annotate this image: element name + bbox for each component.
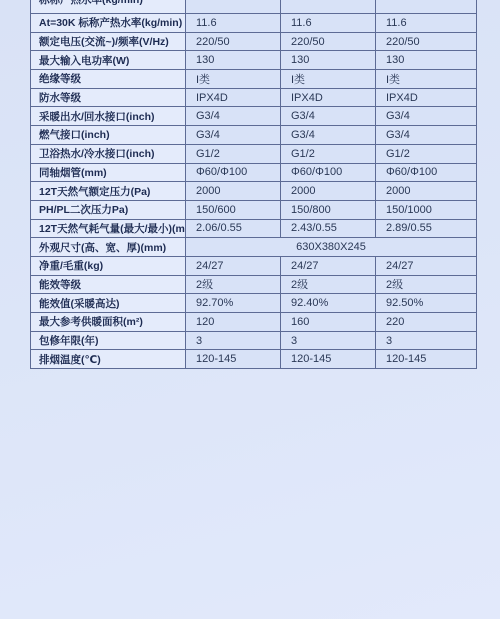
spec-value-cell: 3 [376,331,477,350]
spec-value-cell: I类 [186,70,281,89]
spec-value-cell: 92.70% [186,294,281,313]
table-row: 同轴烟管(mm)Φ60/Φ100Φ60/Φ100Φ60/Φ100 [31,163,477,182]
spec-label-cell: 最大输入电功率(W) [31,51,186,70]
spec-label-cell: 外观尺寸(高、宽、厚)(mm) [31,238,186,257]
spec-label-cell: 能效值(采暖高达) [31,294,186,313]
spec-value-cell: 11.6 [376,14,477,33]
spec-label-cell: 防水等级 [31,88,186,107]
spec-label-cell: 能效等级 [31,275,186,294]
table-row: 采暖出水/回水接口(inch)G3/4G3/4G3/4 [31,107,477,126]
spec-value-cell: 120-145 [281,350,376,369]
spec-value-cell: IPX4D [186,88,281,107]
spec-value-cell: 92.40% [281,294,376,313]
spec-label-cell: 卫浴热水/冷水接口(inch) [31,144,186,163]
spec-value-cell: Φ60/Φ100 [376,163,477,182]
spec-value-cell: G1/2 [186,144,281,163]
spec-value-cell: 220 [376,313,477,332]
spec-value-cell: 150/600 [186,200,281,219]
spec-value-cell: 92.50% [376,294,477,313]
table-row-partial: 标称产热水率(kg/min) [31,0,477,14]
spec-value-cell: 150/1000 [376,200,477,219]
spec-value-cell: 2级 [281,275,376,294]
spec-table-container: 标称产热水率(kg/min)At=30K 标称产热水率(kg/min)11.61… [30,0,477,369]
table-row: 能效等级2级2级2级 [31,275,477,294]
spec-value-cell: 2000 [281,182,376,201]
spec-value-cell: 130 [376,51,477,70]
spec-value-cell: 150/800 [281,200,376,219]
table-row: 12T天然气耗气量(最大/最小)(m3/h)2.06/0.552.43/0.55… [31,219,477,238]
table-row: 外观尺寸(高、宽、厚)(mm)630X380X245 [31,238,477,257]
spec-value-cell-merged: 630X380X245 [186,238,477,257]
spec-label-cell: 最大参考供暖面积(m²) [31,313,186,332]
spec-label-cell: 绝缘等级 [31,70,186,89]
spec-value-cell: G3/4 [376,126,477,145]
spec-value-cell [186,0,281,14]
spec-value-cell [376,0,477,14]
spec-value-cell: 11.6 [186,14,281,33]
spec-value-cell: G3/4 [376,107,477,126]
table-row: 净重/毛重(kg)24/2724/2724/27 [31,256,477,275]
spec-value-cell: 130 [281,51,376,70]
spec-value-cell [281,0,376,14]
table-row: 最大输入电功率(W)130130130 [31,51,477,70]
spec-value-cell: 3 [186,331,281,350]
table-row: 卫浴热水/冷水接口(inch)G1/2G1/2G1/2 [31,144,477,163]
spec-label-cell: 12T天然气额定压力(Pa) [31,182,186,201]
spec-label-cell: PH/PL二次压力Pa) [31,200,186,219]
spec-label-cell: 净重/毛重(kg) [31,256,186,275]
spec-value-cell: Φ60/Φ100 [186,163,281,182]
spec-value-cell: IPX4D [281,88,376,107]
spec-label-cell: 采暖出水/回水接口(inch) [31,107,186,126]
spec-table: 标称产热水率(kg/min)At=30K 标称产热水率(kg/min)11.61… [30,0,477,369]
spec-value-cell: G3/4 [186,107,281,126]
table-row: 能效值(采暖高达)92.70%92.40%92.50% [31,294,477,313]
spec-label-cell: 额定电压(交流~)/频率(V/Hz) [31,32,186,51]
spec-value-cell: G3/4 [281,126,376,145]
spec-value-cell: G1/2 [376,144,477,163]
spec-value-cell: 11.6 [281,14,376,33]
spec-value-cell: IPX4D [376,88,477,107]
spec-value-cell: 220/50 [281,32,376,51]
spec-value-cell: 24/27 [281,256,376,275]
spec-value-cell: I类 [281,70,376,89]
spec-value-cell: 130 [186,51,281,70]
spec-value-cell: 220/50 [186,32,281,51]
spec-value-cell: 2000 [186,182,281,201]
table-row: 12T天然气额定压力(Pa)200020002000 [31,182,477,201]
table-row: 最大参考供暖面积(m²)120160220 [31,313,477,332]
spec-value-cell: 120-145 [186,350,281,369]
spec-value-cell: 24/27 [186,256,281,275]
spec-value-cell: G1/2 [281,144,376,163]
spec-label-cell: At=30K 标称产热水率(kg/min) [31,14,186,33]
table-row: PH/PL二次压力Pa)150/600150/800150/1000 [31,200,477,219]
spec-label-cell: 包修年限(年) [31,331,186,350]
spec-label-cell: 排烟温度(℃) [31,350,186,369]
spec-label-cell: 标称产热水率(kg/min) [31,0,186,14]
table-row: 额定电压(交流~)/频率(V/Hz)220/50220/50220/50 [31,32,477,51]
spec-value-cell: 2级 [376,275,477,294]
spec-value-cell: I类 [376,70,477,89]
spec-value-cell: 220/50 [376,32,477,51]
spec-value-cell: 2.06/0.55 [186,219,281,238]
spec-value-cell: 24/27 [376,256,477,275]
spec-value-cell: G3/4 [186,126,281,145]
spec-value-cell: 120 [186,313,281,332]
spec-value-cell: 2.43/0.55 [281,219,376,238]
spec-value-cell: 3 [281,331,376,350]
spec-value-cell: 2.89/0.55 [376,219,477,238]
table-row: 绝缘等级I类I类I类 [31,70,477,89]
spec-label-cell: 燃气接口(inch) [31,126,186,145]
page: { "page": { "background_top": "#d9e2f6",… [0,0,500,619]
table-row: 燃气接口(inch)G3/4G3/4G3/4 [31,126,477,145]
spec-value-cell: 2000 [376,182,477,201]
spec-label-cell: 同轴烟管(mm) [31,163,186,182]
table-row: 排烟温度(℃)120-145120-145120-145 [31,350,477,369]
spec-label-cell: 12T天然气耗气量(最大/最小)(m3/h) [31,219,186,238]
spec-value-cell: Φ60/Φ100 [281,163,376,182]
spec-value-cell: 160 [281,313,376,332]
table-row: 包修年限(年)333 [31,331,477,350]
spec-value-cell: 2级 [186,275,281,294]
spec-value-cell: 120-145 [376,350,477,369]
spec-value-cell: G3/4 [281,107,376,126]
table-row: 防水等级IPX4DIPX4DIPX4D [31,88,477,107]
table-row: At=30K 标称产热水率(kg/min)11.611.611.6 [31,14,477,33]
